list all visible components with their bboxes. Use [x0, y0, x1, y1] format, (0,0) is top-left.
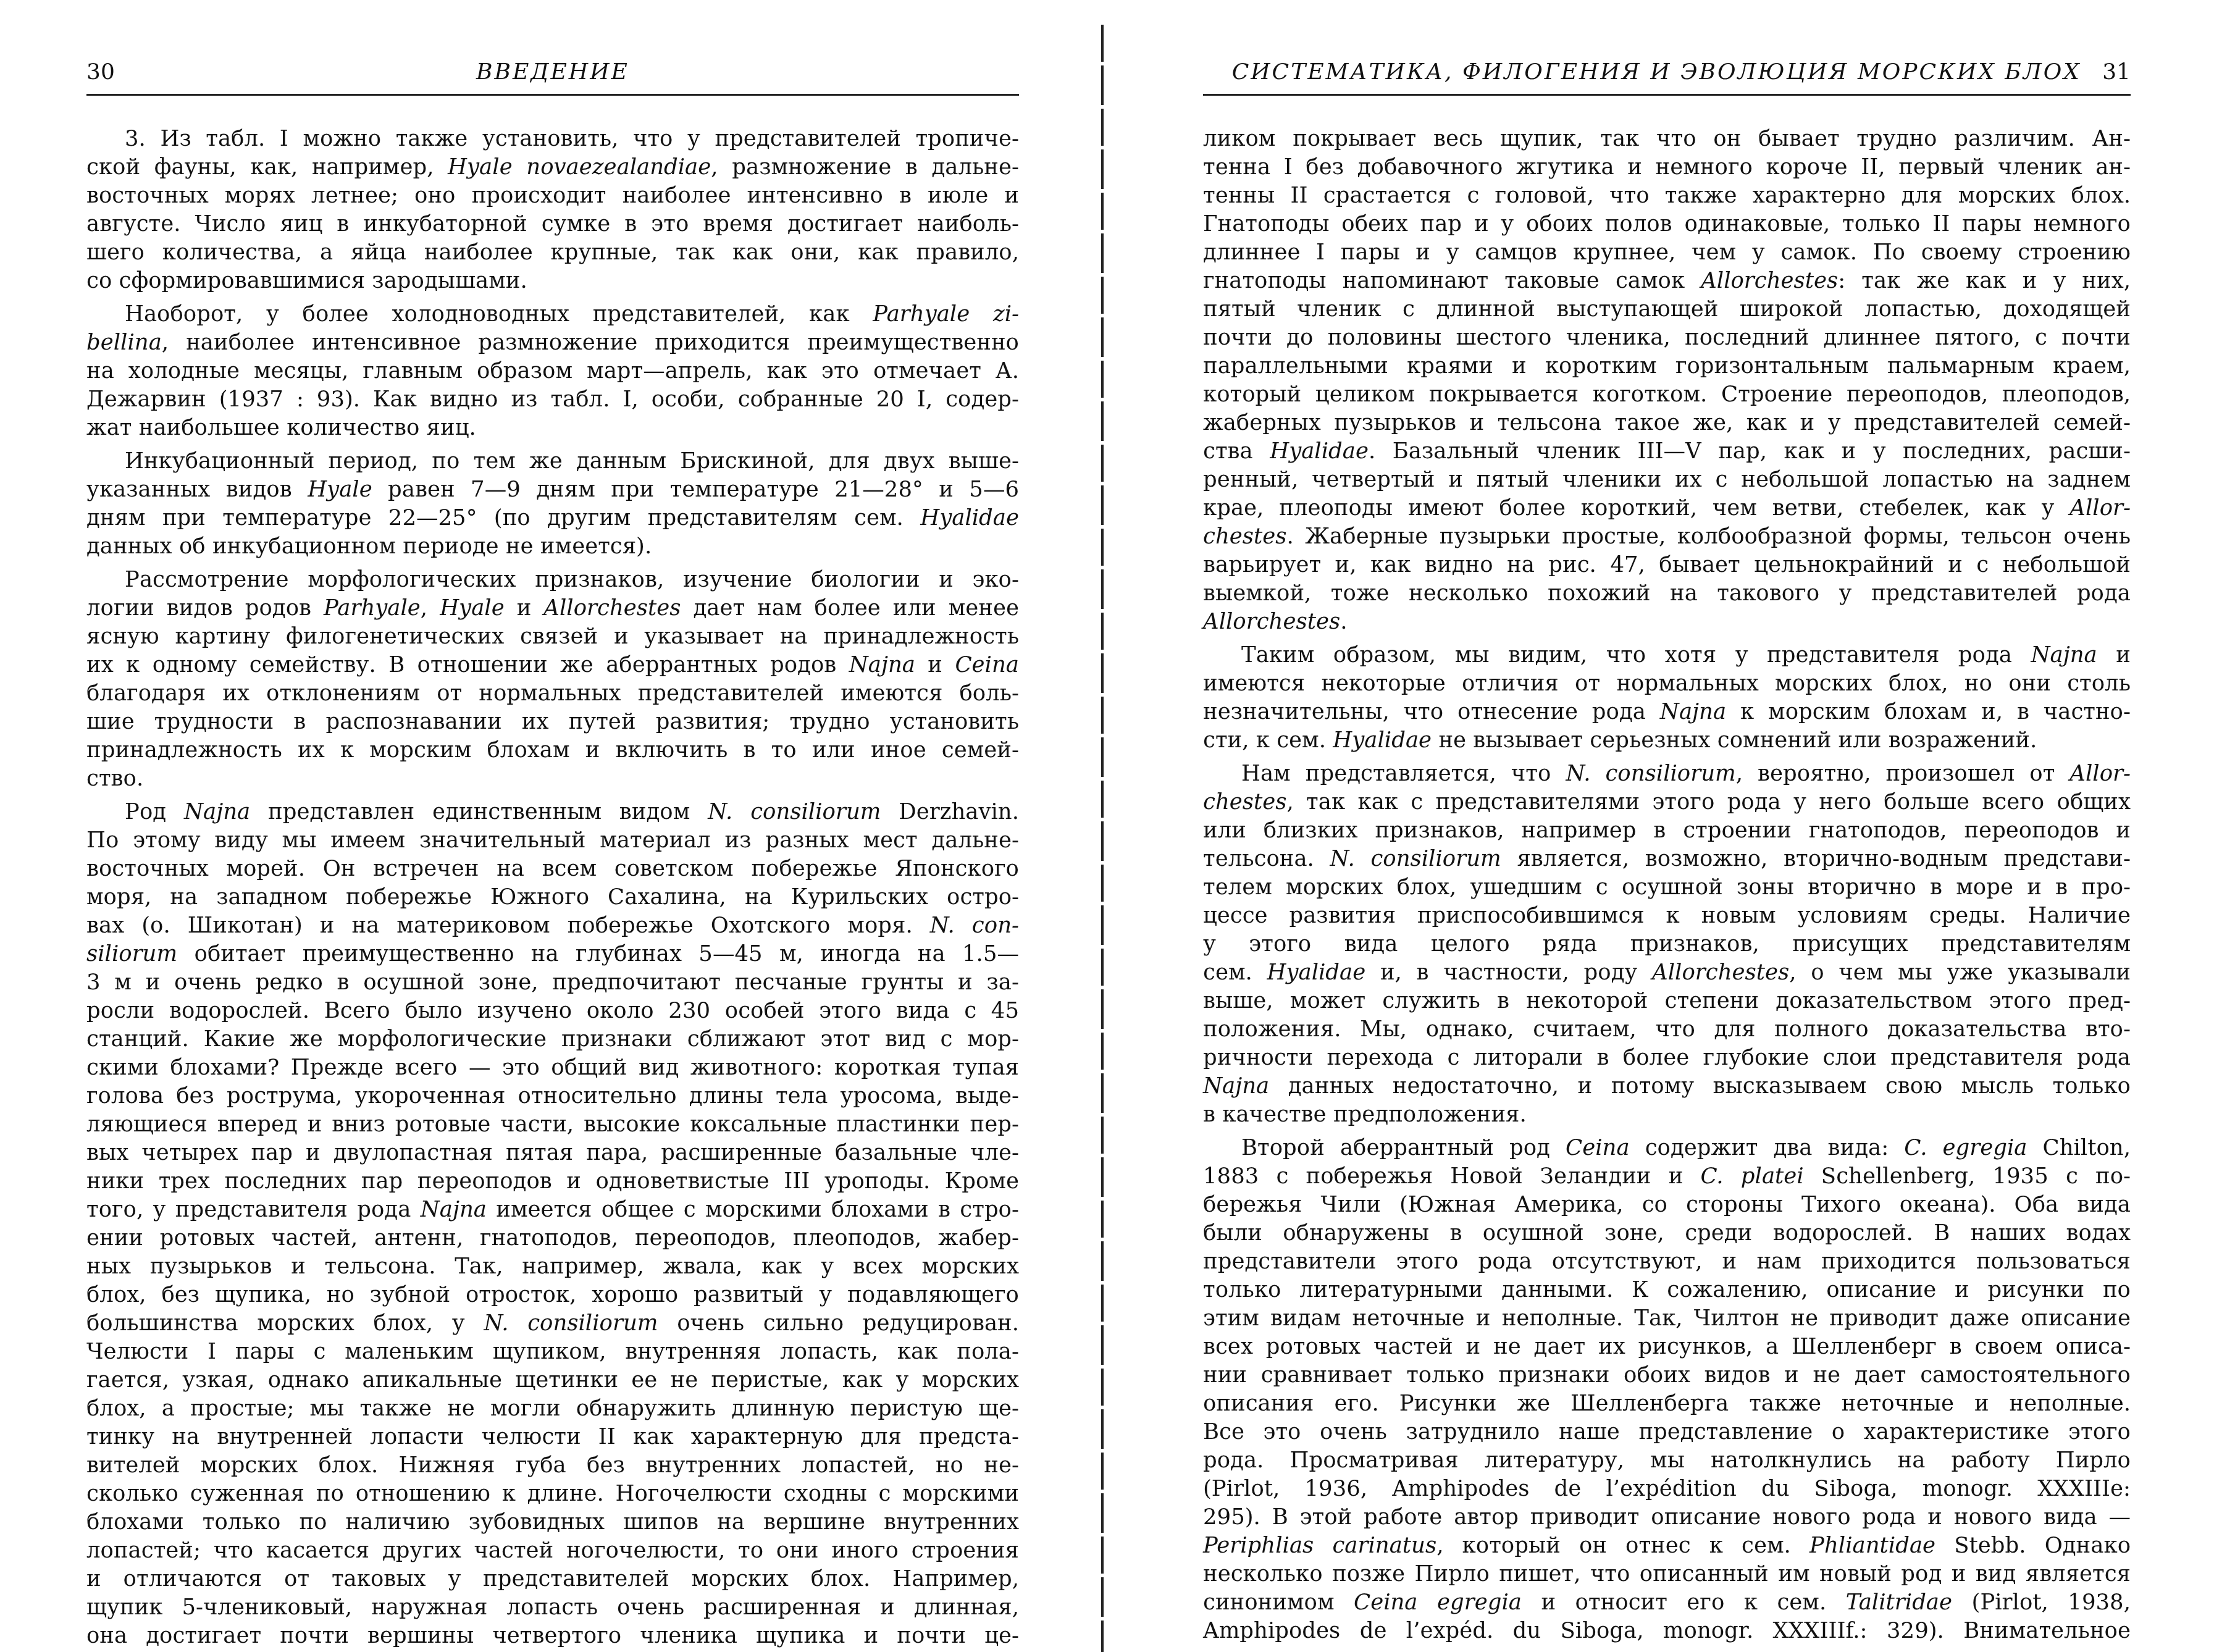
text-line: восточных морей. Он встречен на всем сов… — [86, 855, 1019, 883]
text-line: выше, может служить в некоторой степени … — [1203, 987, 2131, 1015]
text-line: вителей морских блох. Нижняя губа без вн… — [86, 1451, 1019, 1480]
text-line: незначительны, что отнесение рода Najna … — [1203, 698, 2131, 726]
text-line: сти, к сем. Hyalidae не вызывает серьезн… — [1203, 726, 2131, 755]
text-line: голова без рострума, укороченная относит… — [86, 1082, 1019, 1110]
taxon-name: Najna — [1203, 1073, 1269, 1099]
text-line: Второй аберрантный род Ceina содержит дв… — [1203, 1134, 2131, 1162]
text-line: chestes. Жаберные пузырьки простые, колб… — [1203, 522, 2131, 551]
text-line: Allorchestes. — [1203, 608, 2131, 636]
text-line: телем морских блох, ушедшим с осушной зо… — [1203, 873, 2131, 902]
text-line: ричности перехода с литорали в более глу… — [1203, 1044, 2131, 1072]
text-line: положения. Мы, однако, считаем, что для … — [1203, 1015, 2131, 1044]
taxon-name: chestes — [1203, 789, 1286, 815]
running-head-title: СИСТЕМАТИКА, ФИЛОГЕНИЯ И ЭВОЛЮЦИЯ МОРСКИ… — [1232, 57, 2081, 88]
taxon-name: N. consiliorum — [708, 799, 881, 824]
text-line: синонимом Ceina egregia и относит его к … — [1203, 1588, 2131, 1617]
text-line: Наоборот, у более холодноводных представ… — [86, 300, 1019, 329]
text-line: ликом покрывает весь щупик, так что он б… — [1203, 125, 2131, 153]
taxon-name: N. con- — [930, 913, 1019, 938]
taxon-name: Hyalidae — [1270, 438, 1369, 464]
text-line: ляющиеся вперед и вниз ротовые части, вы… — [86, 1110, 1019, 1139]
page-body: ликом покрывает весь щупик, так что он б… — [1203, 125, 2131, 1645]
text-line: представители этого рода отсутствуют, и … — [1203, 1247, 2131, 1276]
taxon-name: Hyalidae — [920, 505, 1019, 530]
taxon-name: Parhyale zi- — [873, 301, 1019, 327]
taxon-name: N. consiliorum — [484, 1310, 658, 1336]
page-number: 31 — [2102, 57, 2131, 88]
text-line: со сформировавшимися зародышами. — [86, 267, 1019, 295]
text-line: лопастей; что касается других частей ног… — [86, 1537, 1019, 1565]
taxon-name: Hyalidae — [1267, 960, 1365, 985]
taxon-name: chestes — [1203, 524, 1286, 549]
taxon-name: Talitridae — [1846, 1590, 1952, 1615]
text-line: их к одному семейству. В отношении же аб… — [86, 651, 1019, 679]
taxon-name: Phliantidae — [1809, 1533, 1935, 1558]
text-line: ренный, четвертый и пятый членики их с н… — [1203, 466, 2131, 494]
text-line: сем. Hyalidae и, в частности, роду Allor… — [1203, 958, 2131, 987]
text-line: длиннее I пары и у самцов крупнее, чем у… — [1203, 238, 2131, 267]
text-line: щупик 5-члениковый, наружная лопасть оче… — [86, 1593, 1019, 1622]
text-line: 1883 с побережья Новой Зеландии и C. pla… — [1203, 1162, 2131, 1191]
text-line: цессе развития приспособившимся к новым … — [1203, 902, 2131, 930]
text-line: у этого вида целого ряда признаков, прис… — [1203, 930, 2131, 958]
text-line: почти до половины шестого членика, после… — [1203, 324, 2131, 352]
text-line: варьирует и, как видно на рис. 47, бывае… — [1203, 551, 2131, 579]
running-head: СИСТЕМАТИКА, ФИЛОГЕНИЯ И ЭВОЛЮЦИЯ МОРСКИ… — [1203, 57, 2131, 88]
text-line: несколько позже Пирло пишет, что описанн… — [1203, 1560, 2131, 1588]
text-line: восточных морях летнее; оно происходит н… — [86, 182, 1019, 210]
taxon-name: Ceina — [1566, 1135, 1630, 1160]
text-line: Periphlias carinatus, который он отнес к… — [1203, 1532, 2131, 1560]
taxon-name: Najna — [849, 652, 915, 677]
text-line: пятый членик с длинной выступающей широк… — [1203, 295, 2131, 324]
text-line: ясную картину филогенетических связей и … — [86, 623, 1019, 651]
text-line: Инкубационный период, по тем же данным Б… — [86, 447, 1019, 476]
text-line: Рассмотрение морфологических признаков, … — [86, 566, 1019, 594]
text-line: ники трех последних пар переоподов и одн… — [86, 1167, 1019, 1196]
text-line: параллельными краями и коротким горизонт… — [1203, 352, 2131, 380]
text-line: нии сравнивает только признаки обоих вид… — [1203, 1361, 2131, 1390]
taxon-name: Hyalidae — [1333, 727, 1432, 753]
text-line: siliorum обитает преимущественно на глуб… — [86, 940, 1019, 968]
text-line: ской фауны, как, например, Hyale novaeze… — [86, 153, 1019, 182]
text-line: сколько суженная по отношению к длине. Н… — [86, 1480, 1019, 1508]
text-line: который целиком покрывается коготком. Ст… — [1203, 380, 2131, 409]
text-line: данных об инкубационном периоде не имеет… — [86, 532, 1019, 561]
text-line: указанных видов Hyale равен 7—9 дням при… — [86, 476, 1019, 504]
taxon-name: bellina — [86, 330, 162, 355]
page-body: 3. Из табл. I можно также установить, чт… — [86, 125, 1019, 1650]
taxon-name: Allorchestes — [1701, 268, 1838, 293]
taxon-name: N. consiliorum — [1566, 761, 1735, 786]
text-line: жаберных пузырьков и тельсона такое же, … — [1203, 409, 2131, 437]
text-line: Челюсти I пары с маленьким щупиком, внут… — [86, 1338, 1019, 1366]
header-rule — [1203, 94, 2131, 96]
taxon-name: siliorum — [86, 941, 177, 966]
taxon-name: Ceina — [955, 652, 1019, 677]
text-line: вах (о. Шикотан) и на материковом побере… — [86, 912, 1019, 940]
text-line: 3 м и очень редко в осушной зоне, предпо… — [86, 968, 1019, 997]
text-line: жат наибольшее количество яиц. — [86, 414, 1019, 442]
header-rule — [86, 94, 1019, 96]
text-line: росли водорослей. Всего было изучено око… — [86, 997, 1019, 1025]
text-line: в качестве предположения. — [1203, 1101, 2131, 1129]
text-line: 3. Из табл. I можно также установить, чт… — [86, 125, 1019, 153]
text-line: 295). В этой работе автор приводит описа… — [1203, 1503, 2131, 1532]
text-line: благодаря их отклонениям от нормальных п… — [86, 679, 1019, 708]
text-line: тенна I без добавочного жгутика и немног… — [1203, 153, 2131, 182]
taxon-name: Allorchestes — [1652, 960, 1789, 985]
text-line: моря, на западном побережье Южного Сахал… — [86, 883, 1019, 912]
text-line: шие трудности в распознавании их путей р… — [86, 708, 1019, 736]
text-line: августе. Число яиц в инкубаторной сумке … — [86, 210, 1019, 238]
text-line: блохами только по наличию зубовидных шип… — [86, 1508, 1019, 1537]
text-line: гается, узкая, однако апикальные щетинки… — [86, 1366, 1019, 1394]
text-line: выемкой, тоже несколько похожий на таков… — [1203, 579, 2131, 608]
text-line: станций. Какие же морфологические призна… — [86, 1025, 1019, 1054]
taxon-name: Allor- — [2069, 761, 2131, 786]
text-line: описания его. Рисунки же Шелленберга так… — [1203, 1390, 2131, 1418]
text-line: ении ротовых частей, антенн, гнатоподов,… — [86, 1224, 1019, 1252]
text-line: ных пузырьков и тельсона. Так, например,… — [86, 1252, 1019, 1281]
text-line: блох, а простые; мы также не могли обнар… — [86, 1394, 1019, 1423]
taxon-name: Hyale — [308, 477, 372, 502]
text-line: на холодные месяцы, главным образом март… — [86, 357, 1019, 385]
taxon-name: Najna — [184, 799, 250, 824]
text-line: Все это очень затруднило наше представле… — [1203, 1418, 2131, 1446]
taxon-name: Allorchestes — [1203, 609, 1340, 634]
text-line: и отличаются от таковых у представителей… — [86, 1565, 1019, 1593]
text-line: Нам представляется, что N. consiliorum, … — [1203, 760, 2131, 788]
text-line: По этому виду мы имеем значительный мате… — [86, 826, 1019, 855]
text-line: тельсона. N. consiliorum является, возмо… — [1203, 845, 2131, 873]
text-line: ство. — [86, 765, 1019, 793]
text-line: Дежарвин (1937 : 93). Как видно из табл.… — [86, 385, 1019, 414]
text-line: скими блохами? Прежде всего — это общий … — [86, 1054, 1019, 1082]
text-line: блох, без щупика, но зубной отросток, хо… — [86, 1281, 1019, 1309]
text-line: того, у представителя рода Najna имеется… — [86, 1196, 1019, 1224]
text-line: этим видам неточные и неполные. Так, Чил… — [1203, 1304, 2131, 1333]
taxon-name: Periphlias carinatus — [1203, 1533, 1436, 1558]
taxon-name: Najna — [2031, 642, 2097, 668]
text-line: большинства морских блох, у N. consilior… — [86, 1309, 1019, 1338]
text-line: chestes, так как с представителями этого… — [1203, 788, 2131, 816]
text-line: Род Najna представлен единственным видом… — [86, 798, 1019, 826]
taxon-name: Ceina egregia — [1354, 1590, 1522, 1615]
running-head: 30 ВВЕДЕНИЕ — [86, 57, 1019, 88]
page-gutter — [1101, 25, 1104, 1652]
text-line: принадлежность их к морским блохам и вкл… — [86, 736, 1019, 765]
text-line: Гнатоподы обеих пар и у обоих полов один… — [1203, 210, 2131, 238]
text-line: тинку на внутренней лопасти челюсти II к… — [86, 1423, 1019, 1451]
text-line: bellina, наиболее интенсивное размножени… — [86, 329, 1019, 357]
text-line: она достигает почти вершины четвертого ч… — [86, 1622, 1019, 1650]
text-line: Таким образом, мы видим, что хотя у пред… — [1203, 641, 2131, 669]
text-line: имеются некоторые отличия от нормальных … — [1203, 669, 2131, 698]
taxon-name: Hyale novaezealandiae — [448, 154, 711, 180]
text-line: крае, плеоподы имеют более короткий, чем… — [1203, 494, 2131, 522]
taxon-name: N. consiliorum — [1330, 846, 1501, 871]
text-line: дням при температуре 22—25° (по другим п… — [86, 504, 1019, 532]
taxon-name: Parhyale — [324, 595, 421, 621]
text-line: Amphipodes de l’expéd. du Siboga, monogr… — [1203, 1617, 2131, 1645]
running-head-title: ВВЕДЕНИЕ — [86, 57, 1019, 88]
text-line: шего количества, а яйца наиболее крупные… — [86, 238, 1019, 267]
taxon-name: C. egregia — [1904, 1135, 2027, 1160]
text-line: или близких признаков, например в строен… — [1203, 816, 2131, 845]
text-line: тенны II срастается с головой, что также… — [1203, 182, 2131, 210]
text-line: всех ротовых частей и не дает их рисунко… — [1203, 1333, 2131, 1361]
taxon-name: C. platei — [1700, 1164, 1803, 1189]
text-line: вых четырех пар и двулопастная пятая пар… — [86, 1139, 1019, 1167]
text-line: гнатоподы напоминают таковые самок Allor… — [1203, 267, 2131, 295]
text-line: рода. Просматривая литературу, мы натолк… — [1203, 1446, 2131, 1475]
taxon-name: Najna — [1660, 699, 1726, 724]
taxon-name: Hyale — [440, 595, 505, 621]
taxon-name: Allorchestes — [543, 595, 681, 621]
text-line: ства Hyalidae. Базальный членик III—V па… — [1203, 437, 2131, 466]
text-line: были обнаружены в осушной зоне, среди во… — [1203, 1219, 2131, 1247]
text-line: бережья Чили (Южная Америка, со стороны … — [1203, 1191, 2131, 1219]
text-line: логии видов родов Parhyale, Hyale и Allo… — [86, 594, 1019, 623]
taxon-name: Allor- — [2069, 495, 2131, 521]
text-line: только литературными данными. К сожалени… — [1203, 1276, 2131, 1304]
text-line: (Pirlot, 1936, Amphipodes de l’expéditio… — [1203, 1475, 2131, 1503]
taxon-name: Najna — [421, 1197, 487, 1222]
text-line: Najna данных недостаточно, и потому выск… — [1203, 1072, 2131, 1101]
